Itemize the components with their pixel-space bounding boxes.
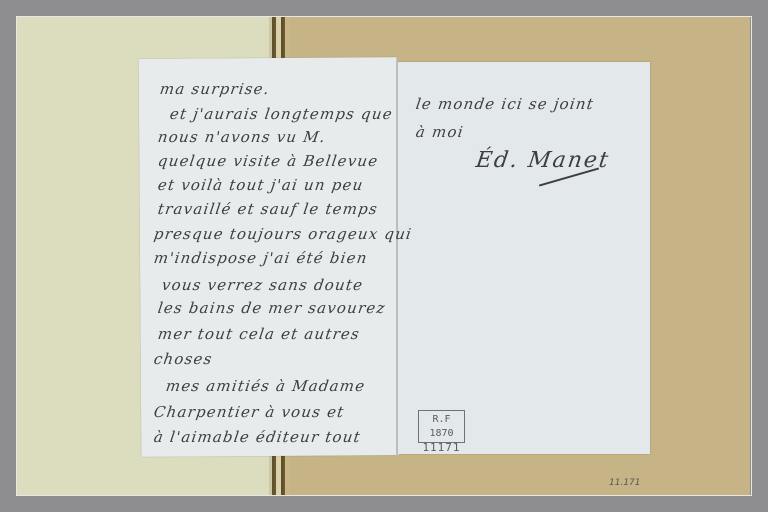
letter-fold [396,60,398,456]
handwritten-line: les bains de mer savourez [157,299,387,317]
handwritten-line: mes amitiés à Madame [165,377,367,395]
stamp-line-2: 11171 [419,441,464,455]
handwritten-line: et j'aurais longtemps que [169,105,394,123]
handwritten-line: à moi [415,123,465,141]
stamp-line-1: R.F 1870 [419,413,464,441]
handwritten-line: quelque visite à Bellevue [157,152,380,170]
handwritten-line: travaillé et sauf le temps [157,200,379,218]
inventory-number: 11.171 [609,478,641,488]
handwritten-line: presque toujours orageux qui [153,225,414,243]
handwritten-line: ma surprise. [159,80,271,98]
handwritten-line: mer tout cela et autres [157,325,362,343]
letter-page-right [397,62,650,454]
handwritten-line: à l'aimable éditeur tout [153,428,362,446]
handwritten-line: nous n'avons vu M. [157,128,327,146]
collection-stamp: R.F 1870 11171 [418,410,465,443]
handwritten-line: vous verrez sans doute [161,276,365,294]
handwritten-line: Charpentier à vous et [153,403,346,421]
handwritten-line: le monde ici se joint [415,95,596,113]
handwritten-line: et voilà tout j'ai un peu [157,176,365,194]
handwritten-line: choses [153,350,214,368]
handwritten-line: m'indispose j'ai été bien [153,249,369,267]
